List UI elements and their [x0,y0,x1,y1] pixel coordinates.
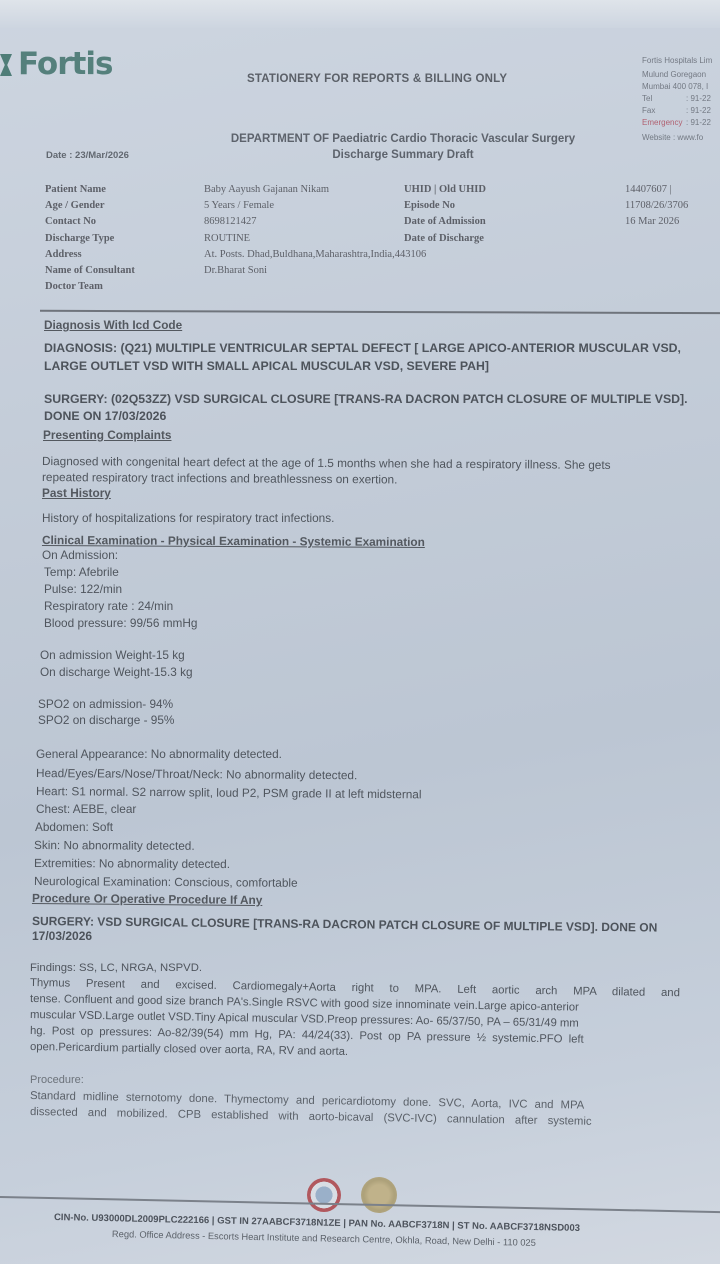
clinical-exam-heading: Clinical Examination - Physical Examinat… [42,533,425,549]
label-uhid: UHID | Old UHID [404,182,486,198]
value-uhid: 14407607 | [625,182,688,198]
label-age-gender: Age / Gender [45,198,135,214]
label-address: Address [45,247,135,263]
diagnosis-heading: Diagnosis With Icd Code [44,318,182,332]
procedure-heading: Procedure Or Operative Procedure If Any [32,891,262,907]
spo2-discharge: SPO2 on discharge - 95% [38,713,174,727]
exam-extremities: Extremities: No abnormality detected. [34,856,230,871]
label-episode-no: Episode No [404,198,486,214]
label-contact-no: Contact No [45,214,135,230]
logo-text: Fortis [18,46,112,82]
vital-on-admission: On Admission: [42,548,118,562]
diagnosis-line-1: DIAGNOSIS: (Q21) MULTIPLE VENTRICULAR SE… [44,341,681,355]
procedure-surgery-line-1: SURGERY: VSD SURGICAL CLOSURE [TRANS-RA … [32,914,657,935]
findings-summary: Findings: SS, LC, NRGA, NSPVD. [30,962,202,974]
spo2-admission: SPO2 on admission- 94% [38,697,173,711]
exam-skin: Skin: No abnormality detected. [34,838,195,853]
complaints-line-2: repeated respiratory tract infections an… [42,470,398,486]
hospital-address-1: Mulund Goregaon [642,69,712,81]
label-discharge-type: Discharge Type [45,231,135,247]
stationery-note: STATIONERY FOR REPORTS & BILLING ONLY [247,73,507,85]
surgery-line-1: SURGERY: (02Q53ZZ) VSD SURGICAL CLOSURE … [44,392,688,406]
value-admission-date: 16 Mar 2026 [625,214,688,230]
value-episode-no: 11708/26/3706 [625,198,688,214]
vital-pulse: Pulse: 122/min [44,582,122,596]
footer-divider [0,1196,720,1213]
procedure-surgery-line-2: 17/03/2026 [32,929,92,943]
hospital-address-2: Mumbai 400 078, I [642,81,712,93]
section-divider [40,310,720,314]
fortis-logo: Fortis [0,46,112,82]
patient-values-right: 14407607 | 11708/26/3706 16 Mar 2026 [625,182,688,247]
patient-labels-right: UHID | Old UHID Episode No Date of Admis… [404,182,486,247]
label-admission-date: Date of Admission [404,214,486,230]
emergency-value: : 91-22 [686,117,711,129]
exam-abdomen: Abdomen: Soft [35,820,113,834]
value-age-gender: 5 Years / Female [204,198,426,214]
patient-values-left: Baby Aayush Gajanan Nikam 5 Years / Fema… [204,182,426,295]
vital-temp: Temp: Afebrile [44,565,119,579]
exam-general: General Appearance: No abnormality detec… [36,747,282,761]
value-consultant: Dr.Bharat Soni [204,263,426,279]
nabh-seal-icon [307,1178,341,1212]
exam-chest: Chest: AEBE, clear [36,802,136,816]
department-name: DEPARTMENT OF Paediatric Cardio Thoracic… [0,131,720,147]
exam-heart: Heart: S1 normal. S2 narrow split, loud … [36,784,422,801]
label-patient-name: Patient Name [45,182,135,198]
procedure-label: Procedure: [30,1074,84,1086]
fax-value: : 91-22 [686,105,711,117]
complaints-heading: Presenting Complaints [43,428,171,442]
weight-admission: On admission Weight-15 kg [40,648,185,662]
fax-label: Fax [642,105,686,117]
past-history-heading: Past History [42,486,111,500]
fortis-logo-icon [0,50,14,78]
complaints-line-1: Diagnosed with congenital heart defect a… [42,454,611,472]
patient-labels-left: Patient Name Age / Gender Contact No Dis… [45,182,135,295]
vital-resp-rate: Respiratory rate : 24/min [44,599,173,613]
label-doctor-team: Doctor Team [45,279,135,295]
findings-line-5: open.Pericardium partially closed over a… [30,1041,348,1058]
label-consultant: Name of Consultant [45,263,135,279]
value-doctor-team [204,279,426,295]
tel-value: : 91-22 [686,93,711,105]
emergency-label: Emergency [642,117,686,129]
diagnosis-line-2: LARGE OUTLET VSD WITH SMALL APICAL MUSCU… [44,359,489,373]
label-discharge-date: Date of Discharge [404,231,486,247]
value-patient-name: Baby Aayush Gajanan Nikam [204,182,426,198]
value-contact-no: 8698121427 [204,214,426,230]
value-discharge-type: ROUTINE [204,231,426,247]
document-date: Date : 23/Mar/2026 [46,150,129,161]
accreditation-seal-icon [361,1177,397,1213]
exam-heent: Head/Eyes/Ears/Nose/Throat/Neck: No abno… [36,766,357,782]
page-top-edge [0,0,720,28]
vital-bp: Blood pressure: 99/56 mmHg [44,616,197,630]
hospital-name: Fortis Hospitals Lim [642,55,712,67]
value-discharge-date [625,231,688,247]
past-history-text: History of hospitalizations for respirat… [42,511,334,525]
exam-neuro: Neurological Examination: Conscious, com… [34,874,298,890]
footer-office-address: Regd. Office Address - Escorts Heart Ins… [112,1229,536,1248]
tel-label: Tel [642,93,686,105]
value-address: At. Posts. Dhad,Buldhana,Maharashtra,Ind… [204,247,426,263]
weight-discharge: On discharge Weight-15.3 kg [40,665,193,679]
surgery-line-2: DONE ON 17/03/2026 [44,409,166,423]
